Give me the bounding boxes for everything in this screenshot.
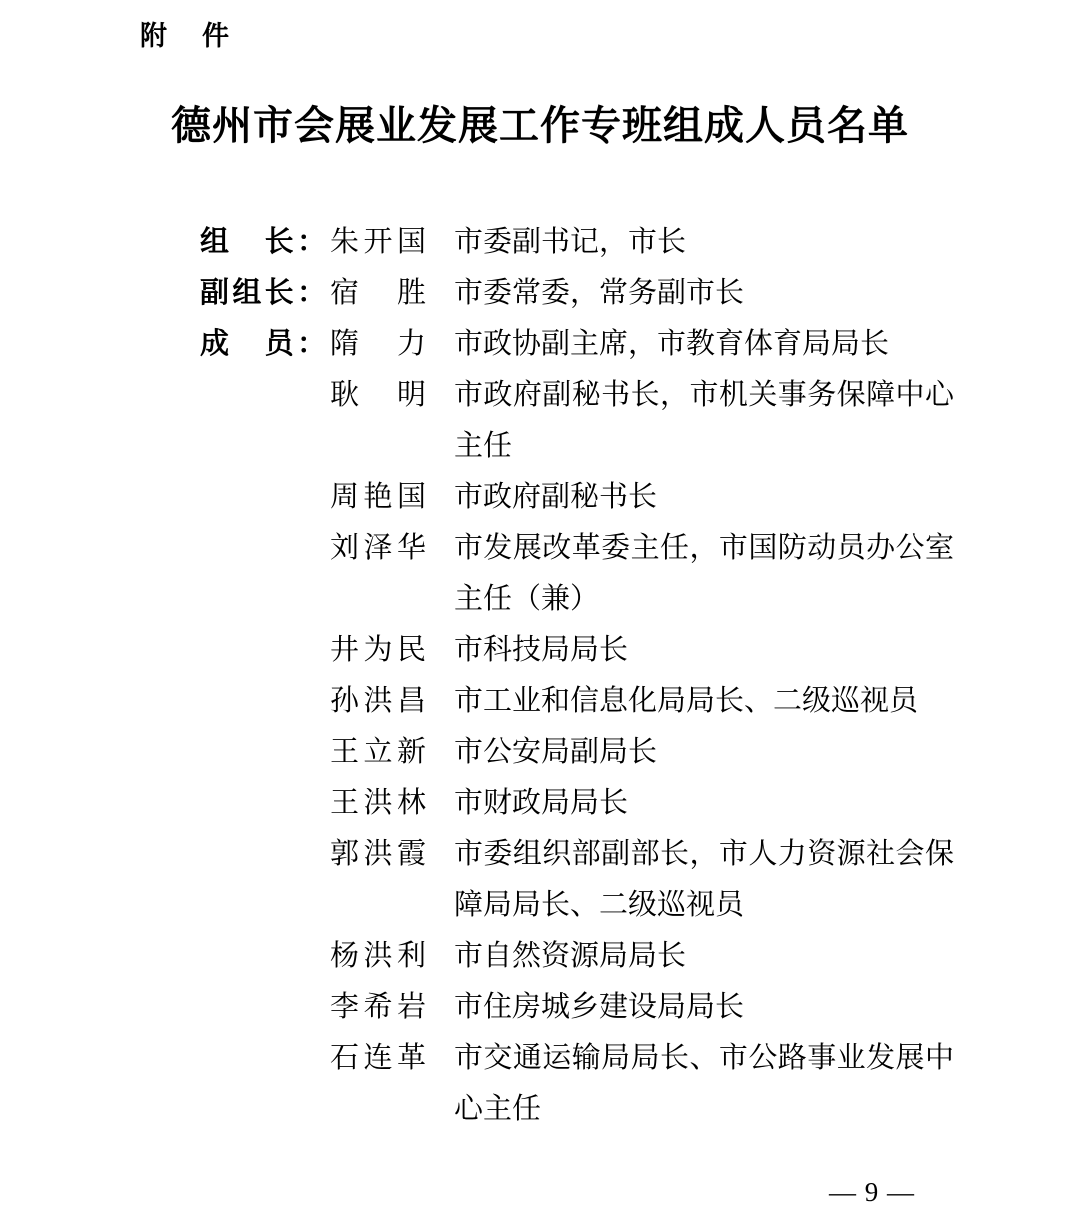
roster-entry: 耿 明 市政府副秘书长，市机关事务保障中心主任 (200, 370, 954, 472)
attachment-label: 附 件 (140, 20, 233, 52)
member-name: 孙洪昌 (330, 676, 426, 727)
roster-entry: 刘泽华 市发展改革委主任，市国防动员办公室主任（兼） (200, 523, 954, 625)
document-title: 德州市会展业发展工作专班组成人员名单 (0, 100, 1080, 152)
member-position: 市政协副主席，市教育体育局局长 (454, 319, 954, 370)
roster-entry: 王洪林 市财政局局长 (200, 778, 954, 829)
member-name: 井为民 (330, 625, 426, 676)
member-name: 刘泽华 (330, 523, 426, 574)
member-position: 市住房城乡建设局局长 (454, 982, 954, 1033)
member-name: 朱开国 (330, 217, 426, 268)
member-name: 王洪林 (330, 778, 426, 829)
role-label: 组 长： (200, 217, 326, 268)
member-position: 市交通运输局局长、市公路事业发展中心主任 (454, 1033, 954, 1135)
member-position: 市科技局局长 (454, 625, 954, 676)
member-position: 市政府副秘书长 (454, 472, 954, 523)
roster-entry: 李希岩 市住房城乡建设局局长 (200, 982, 954, 1033)
member-name: 隋 力 (330, 319, 426, 370)
roster: 组 长： 朱开国 市委副书记，市长 副组长： 宿 胜 市委常委，常务副市长 成 … (200, 217, 954, 1135)
roster-entry: 组 长： 朱开国 市委副书记，市长 (200, 217, 954, 268)
member-name: 李希岩 (330, 982, 426, 1033)
role-label: 副组长： (200, 268, 326, 319)
member-position: 市公安局副局长 (454, 727, 954, 778)
member-position: 市发展改革委主任，市国防动员办公室主任（兼） (454, 523, 954, 625)
member-position: 市委常委，常务副市长 (454, 268, 954, 319)
member-name: 周艳国 (330, 472, 426, 523)
roster-entry: 周艳国 市政府副秘书长 (200, 472, 954, 523)
member-name: 郭洪霞 (330, 829, 426, 880)
page-number: — 9 — (829, 1176, 915, 1208)
document-page: 附 件 德州市会展业发展工作专班组成人员名单 组 长： 朱开国 市委副书记，市长… (0, 0, 1080, 1230)
member-position: 市政府副秘书长，市机关事务保障中心主任 (454, 370, 954, 472)
member-name: 杨洪利 (330, 931, 426, 982)
member-name: 宿 胜 (330, 268, 426, 319)
roster-entry: 石连革 市交通运输局局长、市公路事业发展中心主任 (200, 1033, 954, 1135)
roster-entry: 副组长： 宿 胜 市委常委，常务副市长 (200, 268, 954, 319)
roster-entry: 孙洪昌 市工业和信息化局局长、二级巡视员 (200, 676, 954, 727)
role-label: 成 员： (200, 319, 326, 370)
roster-entry: 成 员： 隋 力 市政协副主席，市教育体育局局长 (200, 319, 954, 370)
roster-entry: 杨洪利 市自然资源局局长 (200, 931, 954, 982)
member-name: 石连革 (330, 1033, 426, 1084)
member-name: 耿 明 (330, 370, 426, 421)
member-position: 市委组织部副部长，市人力资源社会保障局局长、二级巡视员 (454, 829, 954, 931)
roster-entry: 井为民 市科技局局长 (200, 625, 954, 676)
member-name: 王立新 (330, 727, 426, 778)
roster-entry: 郭洪霞 市委组织部副部长，市人力资源社会保障局局长、二级巡视员 (200, 829, 954, 931)
member-position: 市自然资源局局长 (454, 931, 954, 982)
roster-entry: 王立新 市公安局副局长 (200, 727, 954, 778)
member-position: 市财政局局长 (454, 778, 954, 829)
member-position: 市委副书记，市长 (454, 217, 954, 268)
member-position: 市工业和信息化局局长、二级巡视员 (454, 676, 954, 727)
